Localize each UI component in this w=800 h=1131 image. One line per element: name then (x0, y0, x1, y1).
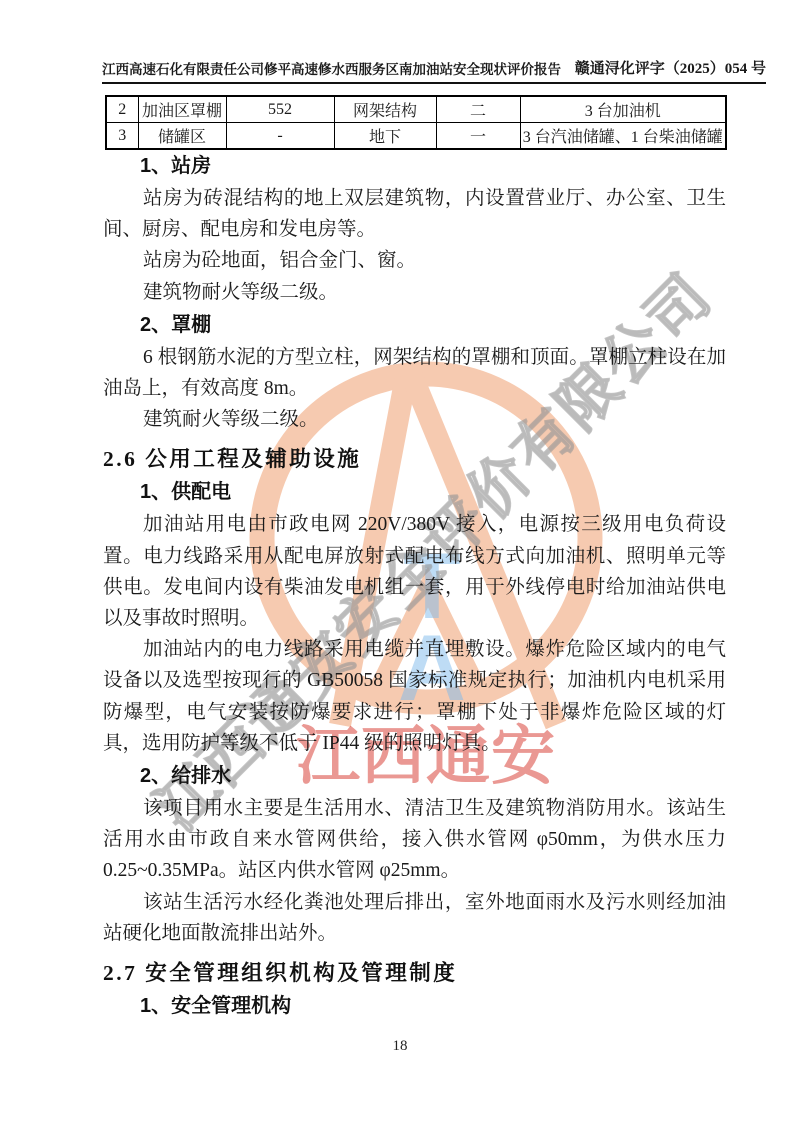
heading-canopy: 2、罩棚 (103, 312, 726, 339)
table-row: 2 加油区罩棚 552 网架结构 二 3 台加油机 (106, 96, 726, 123)
heading-station-house: 1、站房 (103, 153, 726, 180)
heading-water-drainage: 2、给排水 (103, 763, 726, 790)
paragraph-canopy-fire-rating: 建筑耐火等级二级。 (103, 404, 726, 435)
report-page: T A 江西通安安全评价有限公司 江西通安 江西高速石化有限责任公司修平高速修水… (0, 0, 800, 1131)
header-doc-number: 赣通浔化评字（2025）054 号 (575, 57, 766, 78)
table-cell: 地下 (334, 123, 436, 150)
paragraph-water-supply: 该项目用水主要是生活用水、清洁卫生及建筑物消防用水。该站生活用水由市政自来水管网… (103, 793, 726, 887)
body-copy: 1、站房 站房为砖混结构的地上双层建筑物，内设置营业厅、办公室、卫生间、厨房、配… (103, 149, 726, 1023)
paragraph-station-fire-rating: 建筑物耐火等级二级。 (103, 277, 726, 308)
table-cell: 3 台汽油储罐、1 台柴油储罐 (520, 123, 726, 150)
table-cell: 一 (436, 123, 520, 150)
paragraph-canopy-structure: 6 根钢筋水泥的方型立柱，网架结构的罩棚和顶面。罩棚立柱设在加油岛上，有效高度 … (103, 342, 726, 404)
paragraph-sewage: 该站生活污水经化粪池处理后排出，室外地面雨水及污水则经加油站硬化地面散流排出站外… (103, 887, 726, 949)
heading-section-2-6: 2.6 公用工程及辅助设施 (103, 443, 726, 475)
paragraph-station-structure: 站房为砖混结构的地上双层建筑物，内设置营业厅、办公室、卫生间、厨房、配电房和发电… (103, 183, 726, 245)
table-cell: 3 (106, 123, 138, 150)
table-cell: 网架结构 (334, 96, 436, 123)
table-cell: 加油区罩棚 (138, 96, 226, 123)
heading-safety-org: 1、安全管理机构 (103, 993, 726, 1020)
table-cell: - (226, 123, 334, 150)
page-header: 江西高速石化有限责任公司修平高速修水西服务区南加油站安全现状评价报告 赣通浔化评… (102, 57, 766, 84)
paragraph-power-cables: 加油站内的电力线路采用电缆并直埋敷设。爆炸危险区域内的电气设备以及选型按现行的 … (103, 634, 726, 759)
header-report-title: 江西高速石化有限责任公司修平高速修水西服务区南加油站安全现状评价报告 (102, 58, 561, 78)
heading-power-supply: 1、供配电 (103, 479, 726, 506)
table-cell: 2 (106, 96, 138, 123)
page-number: 18 (0, 1038, 800, 1055)
table-cell: 二 (436, 96, 520, 123)
paragraph-station-floor: 站房为砼地面，铝合金门、窗。 (103, 245, 726, 276)
table-cell: 552 (226, 96, 334, 123)
table-cell: 储罐区 (138, 123, 226, 150)
paragraph-power-supply: 加油站用电由市政电网 220V/380V 接入，电源按三级用电负荷设置。电力线路… (103, 509, 726, 634)
facility-table: 2 加油区罩棚 552 网架结构 二 3 台加油机 3 储罐区 - 地下 一 3… (105, 95, 727, 150)
table-row: 3 储罐区 - 地下 一 3 台汽油储罐、1 台柴油储罐 (106, 123, 726, 150)
table-cell: 3 台加油机 (520, 96, 726, 123)
heading-section-2-7: 2.7 安全管理组织机构及管理制度 (103, 957, 726, 989)
content-layer: 江西高速石化有限责任公司修平高速修水西服务区南加油站安全现状评价报告 赣通浔化评… (0, 0, 800, 1131)
